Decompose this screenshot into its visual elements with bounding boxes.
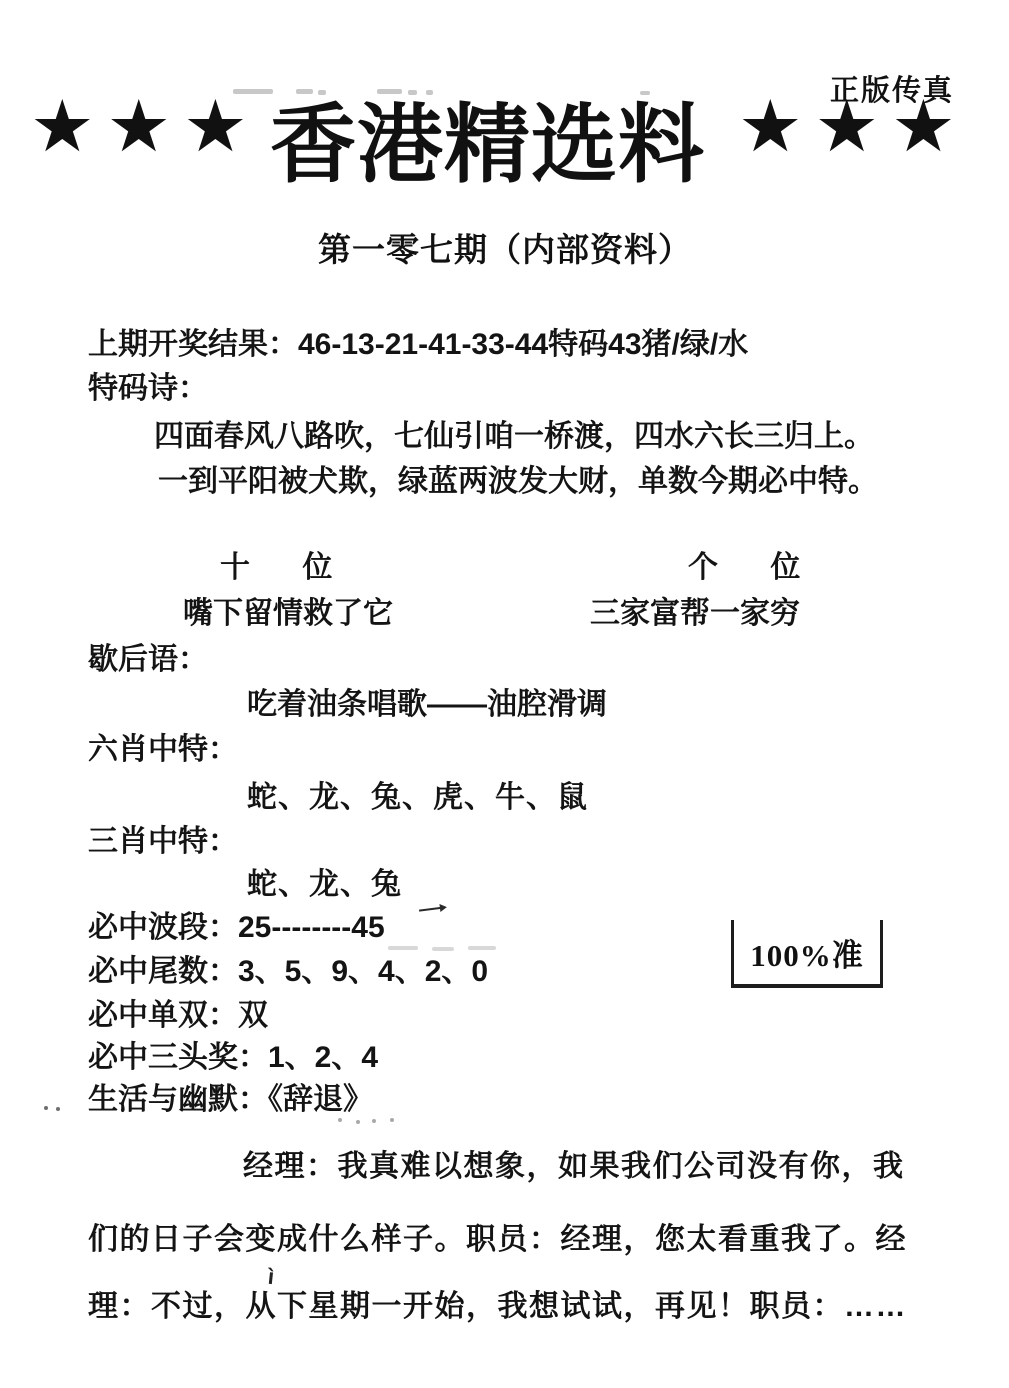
scan-artifact-smudge [296,89,313,94]
ones-position-header: 个 位 [688,551,800,584]
scan-artifact-dot [56,1107,60,1111]
stray-ink-mark: ì [267,1264,276,1290]
three-zodiac-text: 蛇、龙、兔 [247,868,402,901]
tens-clue-text: 嘴下留情救了它 [183,597,393,630]
fax-document-page: 正版传真 ★★★ 香港精选料 ★★★ 第一零七期（内部资料） 上期开奖结果：46… [0,0,1009,1388]
tens-position-header: 十 位 [220,551,332,584]
scan-artifact-dot [372,1119,376,1123]
xiehouyu-text: 吃着油条唱歌——油腔滑调 [247,688,607,721]
scan-artifact-dash [468,946,496,950]
page-title: 香港精选料 [270,102,705,188]
scan-artifact-dash [388,946,418,950]
xiehouyu-label: 歇后语： [88,643,208,676]
scan-artifact-dot [356,1120,360,1124]
odd-even-line: 必中单双：双 [88,999,268,1032]
last-result-line: 上期开奖结果：46-13-21-41-33-44特码43猪/绿/水 [88,328,748,361]
three-heads-line: 必中三头奖：1、2、4 [88,1041,378,1074]
scan-artifact-dot [390,1118,394,1122]
six-zodiac-label: 六肖中特： [88,733,238,766]
six-zodiac-text: 蛇、龙、兔、虎、牛、鼠 [247,781,588,814]
accuracy-badge-text: 100%准 [750,930,864,975]
accuracy-badge: 100%准 [731,920,883,988]
stray-arrow-mark [419,906,445,911]
scan-artifact-smudge [377,89,402,94]
joke-line-3: 理：不过，从下星期一开始，我想试试，再见！职员：…… [88,1290,907,1323]
tail-numbers-line: 必中尾数：3、5、9、4、2、0 [88,955,488,988]
special-poem-label: 特码诗： [88,372,208,405]
scan-artifact-dot [338,1118,342,1122]
humor-title-line: 生活与幽默：《辞退》 [88,1083,373,1116]
scan-artifact-smudge [408,90,417,95]
stars-left-icon: ★★★ [30,90,260,162]
joke-line-2: 们的日子会变成什么样子。职员：经理，您太看重我了。经 [88,1223,907,1256]
scan-artifact-dash [432,947,454,951]
three-zodiac-label: 三肖中特： [88,825,238,858]
scan-artifact-dot [44,1106,48,1110]
poem-line-1: 四面春风八路吹，七仙引咱一桥渡，四水六长三归上。 [154,420,874,453]
scan-artifact-smudge [318,90,326,95]
number-band-line: 必中波段：25--------45 [88,911,385,944]
ones-clue-text: 三家富帮一家穷 [590,597,800,630]
poem-line-2: 一到平阳被犬欺，绿蓝两波发大财，单数今期必中特。 [158,465,878,498]
scan-artifact-smudge [640,91,650,95]
scan-artifact-smudge [426,90,433,95]
joke-line-1: 经理：我真难以想象，如果我们公司没有你，我 [243,1150,905,1183]
scan-artifact-smudge [233,89,273,94]
issue-subtitle: 第一零七期（内部资料） [318,224,692,271]
stars-right-icon: ★★★ [738,90,968,162]
